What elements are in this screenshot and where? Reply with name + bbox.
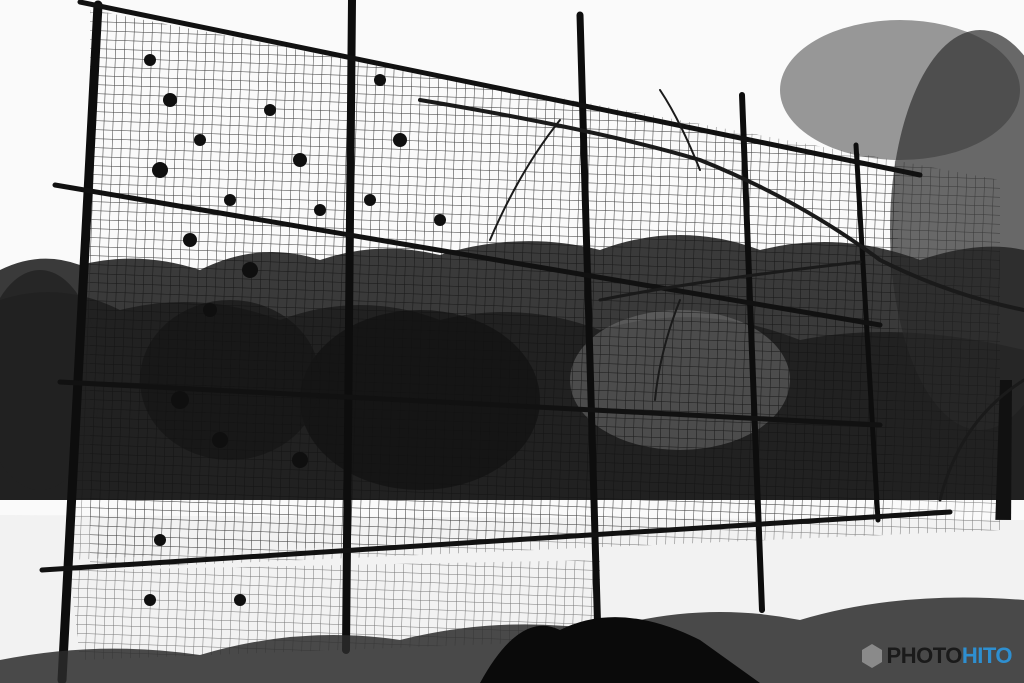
watermark-text-hito: HITO (962, 643, 1012, 669)
photo-scene (0, 0, 1024, 683)
photohito-watermark: PHOTOHITO (861, 643, 1012, 669)
hexagon-logo-icon (861, 643, 883, 669)
watermark-text-photo: PHOTO (887, 643, 962, 669)
